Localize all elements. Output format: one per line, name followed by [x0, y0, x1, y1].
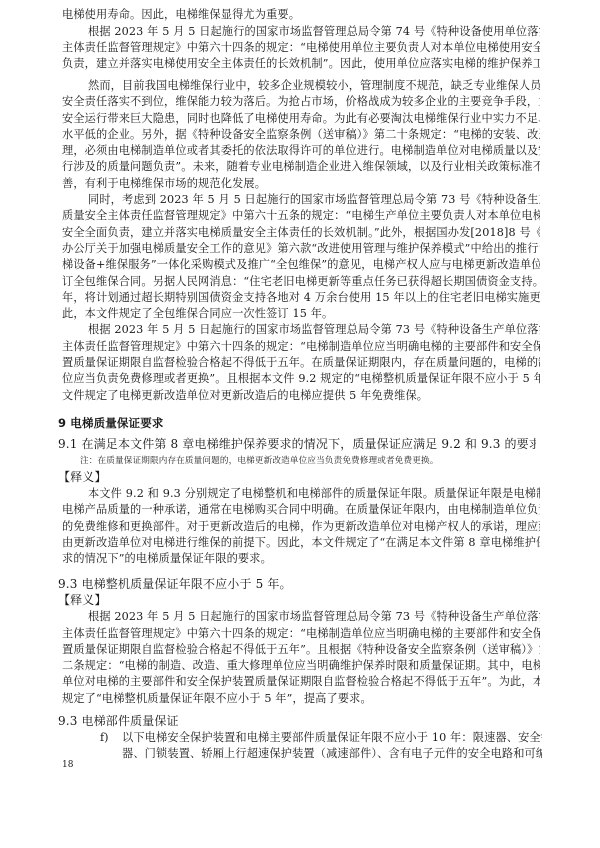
body-line: 置质量保证期限自监督检验合格起不得低于五年。在质量保证期限内，存在质量问题的，电…	[62, 355, 540, 371]
body-line: 电梯使用寿命。因此，电梯维保显得尤为重要。	[62, 7, 540, 23]
list-item-label-f: f)	[100, 730, 109, 746]
body-line: 主体责任监督管理规定》中第六十四条的规定：“电梯制造单位应当明确电梯的主要部件和…	[62, 339, 540, 355]
interp-9-3-line: 二条规定：“电梯的制造、改造、重大修理单位应当明确维护保养时限和质量保证期。其中…	[62, 658, 540, 674]
interpretation-label-1: 【释义】	[58, 469, 536, 485]
interpretation-label-2: 【释义】	[58, 592, 536, 608]
interp-9-1-line: 本文件 9.2 和 9.3 分别规定了电梯整机和电梯部件的质量保证年限。质量保证…	[88, 486, 540, 502]
note-9-1: 注：在质量保证期限内存在质量问题的，电梯更新改造单位应当负责免费修理或者免费更换…	[80, 453, 558, 469]
body-line: 安全运行带来巨大隐患，同时也降低了电梯使用寿命。为此有必要淘汰电梯维保行业中实力…	[62, 111, 540, 127]
body-line: 负责，建立并落实电梯使用安全主体责任的长效机制”。因此，使用单位应落实电梯的维护…	[62, 56, 540, 72]
list-item-f-line: 以下电梯安全保护装置和电梯主要部件质量保证年限不应小于 10 年：限速器、安全钳…	[122, 730, 542, 746]
body-line: 行涉及的质量问题负责”。未来，随着专业电梯制造企业进入维保领域，以及行业相关政策…	[62, 159, 540, 175]
body-line: 根据 2023 年 5 月 5 日起施行的国家市场监督管理总局令第 73 号《特…	[88, 322, 540, 338]
document-page: 电梯使用寿命。因此，电梯维保显得尤为重要。根据 2023 年 5 月 5 日起施…	[0, 0, 600, 848]
interp-9-3-line: 置质量保证期限自监督检验合格起不得低于五年”。且根据《特种设备安全监察条例（送审…	[62, 642, 540, 658]
body-line: 安全全面负责，建立并落实电梯质量安全主体责任的长效机制。”此外，根据国办发[20…	[62, 225, 540, 241]
body-line: 梯设备+维保服务”一体化采购模式及推广“全包维保”的意见，电梯产权人应与电梯更新…	[62, 257, 540, 273]
list-item-f-line: 器、门锁装置、轿厢上行超速保护装置（减速部件）、含有电子元件的安全电路和可编程电…	[122, 746, 542, 762]
body-line: 善，有利于电梯维保市场的规范化发展。	[62, 176, 540, 192]
section-heading-9: 9 电梯质量保证要求	[58, 415, 536, 431]
clause-9-3-whole-elevator: 9.3 电梯整机质量保证年限不应小于 5 年。	[58, 576, 536, 592]
body-line: 同时，考虑到 2023 年 5 月 5 日起施行的国家市场监督管理总局令第 73…	[88, 192, 540, 208]
body-line: 年，将计划通过超长期特别国债资金支持各地对 4 万余台使用 15 年以上的住宅老…	[62, 290, 540, 306]
body-line: 然而，目前我国电梯维保行业中，较多企业规模较小，管理制度不规范，缺乏专业维保人员…	[88, 78, 540, 94]
body-line: 理，必须由电梯制造单位或者其委托的依法取得许可的单位进行。电梯制造单位对电梯质量…	[62, 143, 540, 159]
body-line: 办公厅关于加强电梯质量安全工作的意见》第六款“改进使用管理与维护保养模式”中给出…	[62, 241, 540, 257]
interp-9-1-line: 电梯产品质量的一种承诺，通常在电梯购买合同中明确。在质量保证年限内，由电梯制造单…	[62, 502, 540, 518]
clause-9-3-components: 9.3 电梯部件质量保证	[58, 713, 536, 729]
body-line: 根据 2023 年 5 月 5 日起施行的国家市场监督管理总局令第 74 号《特…	[88, 24, 540, 40]
body-line: 安全责任落实不到位，维保能力较为落后。为抢占市场，价格战成为较多企业的主要竞争手…	[62, 94, 540, 110]
clause-9-1: 9.1 在满足本文件第 8 章电梯维护保养要求的情况下，质量保证应满足 9.2 …	[58, 436, 536, 452]
interp-9-3-line: 规定了“电梯整机质量保证年限不应小于 5 年”，提高了要求。	[62, 691, 540, 707]
body-line: 质量安全主体责任监督管理规定》中第六十五条的规定：“电梯生产单位主要负责人对本单…	[62, 208, 540, 224]
body-line: 文件规定了电梯更新改造单位对更新改造后的电梯应提供 5 年免费维保。	[62, 388, 540, 404]
interp-9-3-line: 主体责任监督管理规定》中第六十四条的规定：“电梯制造单位应当明确电梯的主要部件和…	[62, 626, 540, 642]
interp-9-1-line: 由更新改造单位对电梯进行维保的前提下。因此，本文件规定了“在满足本文件第 8 章…	[62, 535, 540, 551]
interp-9-1-line: 的免费维修和更换部件。对于更新改造后的电梯，作为更新改造单位对电梯产权人的承诺，…	[62, 519, 540, 535]
body-line: 水平低的企业。另外，据《特种设备安全监察条例（送审稿）》第二十条规定：“电梯的安…	[62, 127, 540, 143]
body-line: 位应当负责免费修理或者更换”。且根据本文件 9.2 规定的“电梯整机质量保证年限…	[62, 371, 540, 387]
body-line: 订全包维保合同。另据人民网消息：“住宅老旧电梯更新等重点任务已获得超长期国债资金…	[62, 274, 540, 290]
interp-9-1-line: 求的情况下”的电梯质量保证年限的要求。	[62, 551, 540, 567]
interp-9-3-line: 根据 2023 年 5 月 5 日起施行的国家市场监督管理总局令第 73 号《特…	[88, 609, 540, 625]
body-line: 主体责任监督管理规定》中第六十四条的规定：“电梯使用单位主要负责人对本单位电梯使…	[62, 40, 540, 56]
page-number: 18	[62, 760, 73, 770]
body-line: 此，本文件规定了全包维保合同应一次性签订 15 年。	[62, 306, 540, 322]
interp-9-3-line: 单位对电梯的主要部件和安全保护装置质量保证期限自监督检验合格起不得低于五年”。为…	[62, 674, 540, 690]
